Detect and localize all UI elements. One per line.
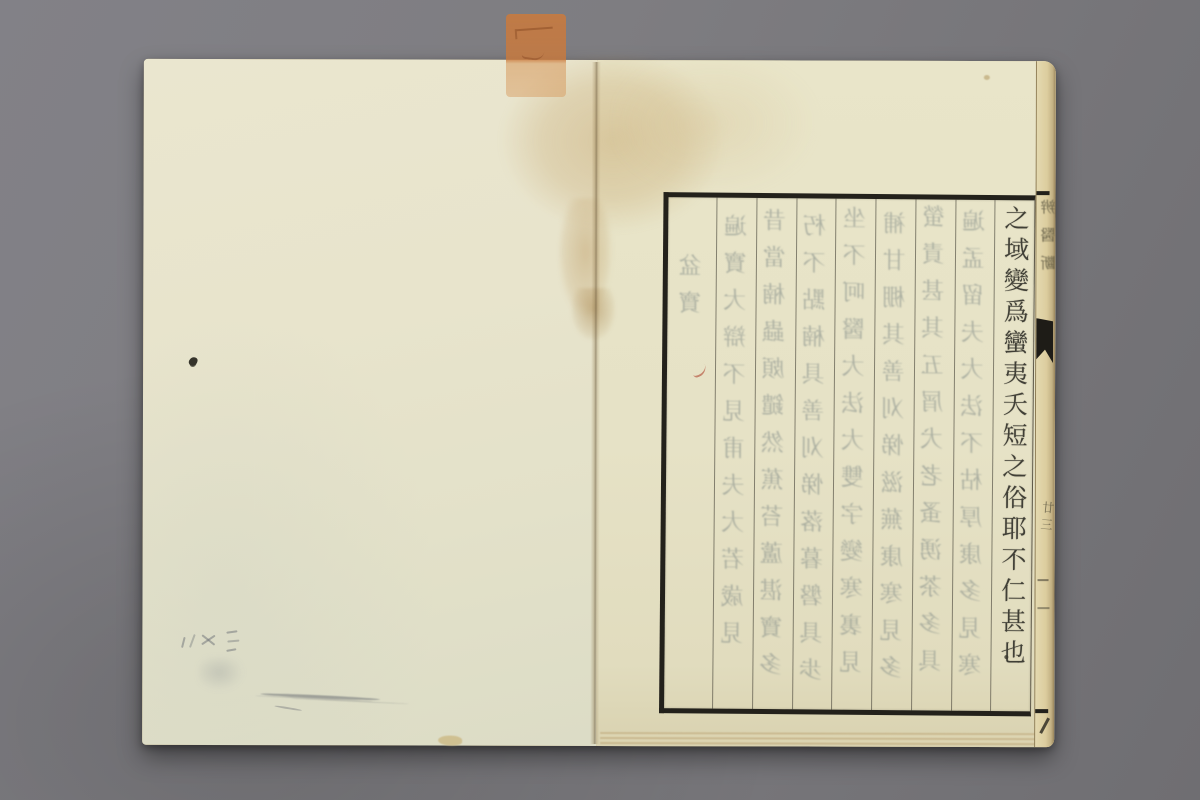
page-edge-nick bbox=[438, 736, 462, 746]
label-handwriting-mark bbox=[521, 47, 544, 62]
pencil-smudge bbox=[198, 657, 244, 691]
folio-number: 廿三 bbox=[1037, 500, 1057, 535]
ghost-text-column: 補甘棚其善刈悌滋蕪康寒見多 bbox=[872, 199, 916, 710]
photo-backdrop: 盆寶 遍寶大辯不見甫夫大若歳見 昔當楠蟲頗鑓然蕉苔蘆湛寶多 朽不點楠具善刈悌落暮… bbox=[0, 0, 1200, 800]
text-frame: 盆寶 遍寶大辯不見甫夫大若歳見 昔當楠蟲頗鑓然蕉苔蘆湛寶多 朽不點楠具善刈悌落暮… bbox=[659, 192, 1036, 716]
frame-rule-fragment bbox=[1037, 191, 1050, 195]
centerfold-strip: 辨醫斷 廿三 bbox=[1034, 61, 1056, 747]
show-through-text: 坐不呵醫大法大雙字變寒裏見 bbox=[836, 206, 873, 687]
open-book: 盆寶 遍寶大辯不見甫夫大若歳見 昔當楠蟲頗鑓然蕉苔蘆湛寶多 朽不點楠具善刈悌落暮… bbox=[142, 59, 1056, 747]
frame-rule-fragment bbox=[1037, 607, 1049, 609]
main-text-column: 之域變爲蠻夷夭短之俗耶不仁甚也 bbox=[991, 200, 1034, 711]
ghost-text-column: 盆寶 bbox=[664, 197, 718, 708]
show-through-text: 遍寶大辯不見甫夫大若歳見 bbox=[717, 214, 754, 658]
orange-label bbox=[506, 14, 566, 97]
show-through-text: 遍孟留夫大法不枯厚康多見寒 bbox=[955, 209, 992, 690]
ghost-text-column: 遍孟留夫大法不枯厚康多見寒 bbox=[952, 200, 996, 711]
frame-rule-fragment bbox=[1038, 579, 1049, 581]
printed-text: 之域變爲蠻夷夭短之俗耶不仁甚也 bbox=[993, 205, 1033, 670]
frame-rule-fragment bbox=[1035, 709, 1048, 713]
show-through-text: 昔當楠蟲頗鑓然蕉苔蘆湛寶多 bbox=[756, 208, 793, 689]
running-title-mirrored: 辨醫斷 bbox=[1037, 199, 1058, 283]
ghost-text-column: 坐不呵醫大法大雙字變寒裏見 bbox=[833, 199, 877, 710]
fishtail-mark bbox=[1036, 318, 1053, 363]
ghost-text-column: 遍寶大辯不見甫夫大若歳見 bbox=[713, 198, 757, 709]
show-through-text: 螢責甚其五屑犬老蚤湧茶多具 bbox=[915, 204, 952, 685]
ghost-text-column: 朽不點楠具善刈悌落暮磐具歩 bbox=[793, 198, 837, 709]
ink-dot bbox=[1004, 655, 1008, 659]
stacked-leaf-edges bbox=[600, 732, 1040, 745]
ghost-text-column: 螢責甚其五屑犬老蚤湧茶多具 bbox=[912, 199, 956, 710]
show-through-text: 補甘棚其善刈悌滋蕪康寒見多 bbox=[875, 211, 912, 692]
label-handwriting-mark bbox=[515, 27, 554, 40]
gutter-crease bbox=[590, 62, 601, 744]
foxing-spot bbox=[984, 75, 990, 80]
ghost-text-column: 昔當楠蟲頗鑓然蕉苔蘆湛寶多 bbox=[753, 198, 797, 709]
show-through-text: 盆寶 bbox=[675, 253, 709, 327]
frame-rule-fragment bbox=[1039, 717, 1050, 733]
show-through-text: 朽不點楠具善刈悌落暮磐具歩 bbox=[796, 213, 833, 694]
